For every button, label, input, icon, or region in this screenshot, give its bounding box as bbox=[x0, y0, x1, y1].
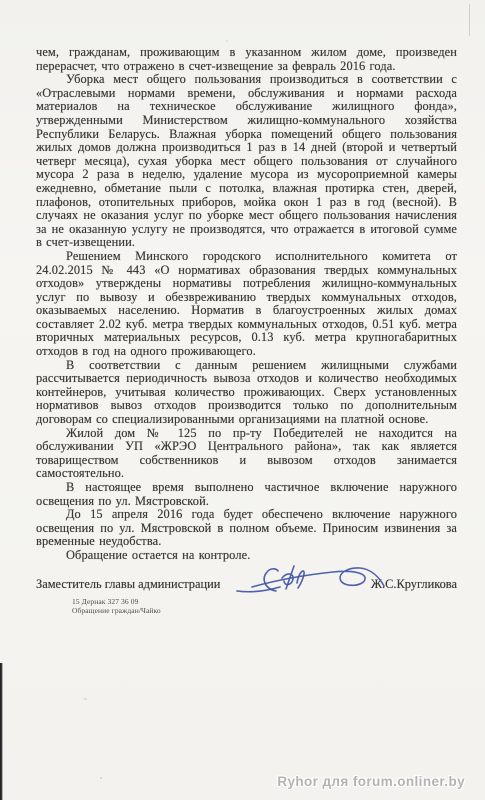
executor-phone-line: 15 Дернак 327 36 09 bbox=[72, 597, 457, 606]
executor-notes: 15 Дернак 327 36 09 Обращение граждан/Ча… bbox=[72, 597, 457, 615]
letter-body: чем, гражданам, проживающим в указанном … bbox=[0, 0, 485, 615]
scanned-letter-page: чем, гражданам, проживающим в указанном … bbox=[0, 0, 485, 800]
watermark-text: Ryhor для forum.onliner.by bbox=[277, 774, 465, 789]
letter-paragraph: В соответствии с данным решением жилищны… bbox=[36, 359, 457, 427]
letter-paragraph: чем, гражданам, проживающим в указанном … bbox=[36, 46, 457, 73]
letter-paragraph: До 15 апреля 2016 года будет обеспечено … bbox=[36, 508, 457, 549]
scan-edge-left bbox=[0, 663, 3, 800]
letter-paragraph: Жилой дом № 125 по пр-ту Победителей не … bbox=[36, 427, 457, 481]
letter-paragraph: Уборка мест общего пользования производи… bbox=[36, 73, 457, 250]
signer-position-label: Заместитель главы администрации bbox=[36, 577, 220, 592]
letter-paragraph: Решением Минского городского исполнитель… bbox=[36, 250, 457, 359]
signature-block: Заместитель главы администрации Ж.С.Круг… bbox=[36, 577, 457, 592]
scan-speck bbox=[100, 777, 102, 779]
letter-paragraph: Обращение остается на контроле. bbox=[36, 549, 457, 563]
scan-speck bbox=[84, 698, 87, 700]
case-reference-line: Обращение граждан/Чайко bbox=[72, 606, 457, 615]
signer-name: Ж.С.Кругликова bbox=[371, 577, 457, 592]
letter-paragraph: В настоящее время выполнено частичное вк… bbox=[36, 481, 457, 508]
